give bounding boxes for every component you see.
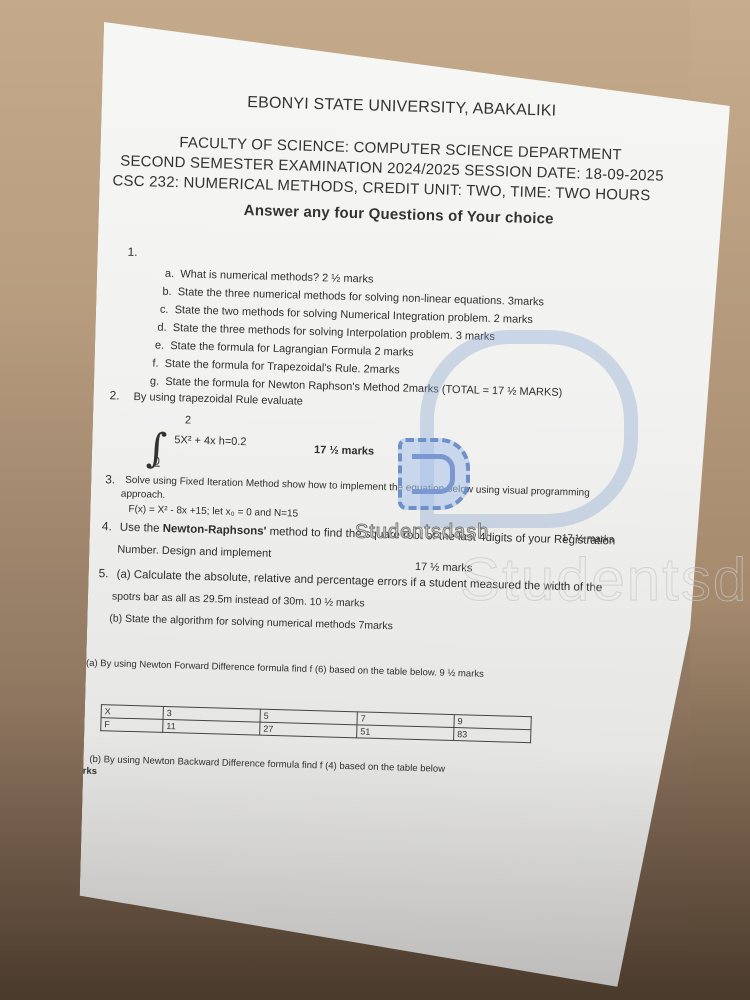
part-text: State the formula for Lagrangian Formula… xyxy=(170,340,414,359)
question-6b: (b) By using Newton Backward Difference … xyxy=(89,754,445,775)
question-4-number: 4. xyxy=(102,519,112,533)
table-cell: 83 xyxy=(454,728,531,743)
question-3-number: 3. xyxy=(105,472,115,486)
part-label: f. xyxy=(152,357,158,369)
watermark-logo-inner xyxy=(412,454,455,494)
question-1-number: 1. xyxy=(127,245,137,259)
part-label: e. xyxy=(155,340,165,352)
watermark-text-large: Studentsdash xyxy=(460,545,750,614)
question-4-text-2: Number. Design and implement xyxy=(117,544,271,560)
question-1f: f. State the formula for Trapezoidal's R… xyxy=(152,357,400,376)
question-5a-2: spotrs bar as all as 29.5m instead of 30… xyxy=(112,590,365,609)
part-text: What is numerical methods? 2 ½ marks xyxy=(180,268,373,285)
exam-content: EBONYI STATE UNIVERSITY, ABAKALIKI FACUL… xyxy=(104,22,704,39)
q4-prefix: Use the xyxy=(120,522,163,535)
part-text: State the formula for Trapezoidal's Rule… xyxy=(165,358,400,377)
question-6a: 6 (a) By using Newton Forward Difference… xyxy=(78,658,484,680)
part-label: d. xyxy=(157,322,167,334)
table-cell: 11 xyxy=(163,719,260,735)
part-text: State the three methods for solving Inte… xyxy=(173,322,495,343)
q4-bold-method: Newton-Raphsons' xyxy=(163,523,267,538)
question-2-marks: 17 ½ marks xyxy=(314,444,374,458)
question-6b-marks: 8 marks xyxy=(61,765,97,777)
question-5b: (b) State the algorithm for solving nume… xyxy=(109,612,393,632)
integrand: 5X² + 4x h=0.2 xyxy=(174,434,246,448)
university-title: EBONYI STATE UNIVERSITY, ABAKALIKI xyxy=(102,90,702,125)
watermark-text: Studentsdash xyxy=(355,521,489,544)
question-3-text-2: approach. xyxy=(121,489,166,501)
question-1e: e. State the formula for Lagrangian Form… xyxy=(155,340,414,359)
question-1a: a. What is numerical methods? 2 ½ marks xyxy=(165,268,374,286)
table-cell: F xyxy=(101,718,163,733)
table-cell: 27 xyxy=(260,722,357,738)
table-cell: 51 xyxy=(357,725,454,741)
part-label: c. xyxy=(160,304,169,316)
watermark-logo-icon xyxy=(398,438,470,510)
question-1d: d. State the three methods for solving I… xyxy=(157,322,495,343)
question-2-text: By using trapezoidal Rule evaluate xyxy=(133,391,303,408)
data-table: X 3 5 7 9 F 11 27 51 83 xyxy=(100,704,532,743)
part-label: a. xyxy=(165,268,175,280)
integral-lower-limit: 0 xyxy=(154,456,160,468)
question-3-equation: F(x) = X² - 8x +15; let x₀ = 0 and N=15 xyxy=(128,504,298,520)
part-label: b. xyxy=(162,286,172,298)
question-2-number: 2. xyxy=(109,388,119,402)
question-5-number: 5. xyxy=(98,566,108,580)
integral-upper-limit: 2 xyxy=(185,414,191,426)
part-label: g. xyxy=(150,375,160,387)
